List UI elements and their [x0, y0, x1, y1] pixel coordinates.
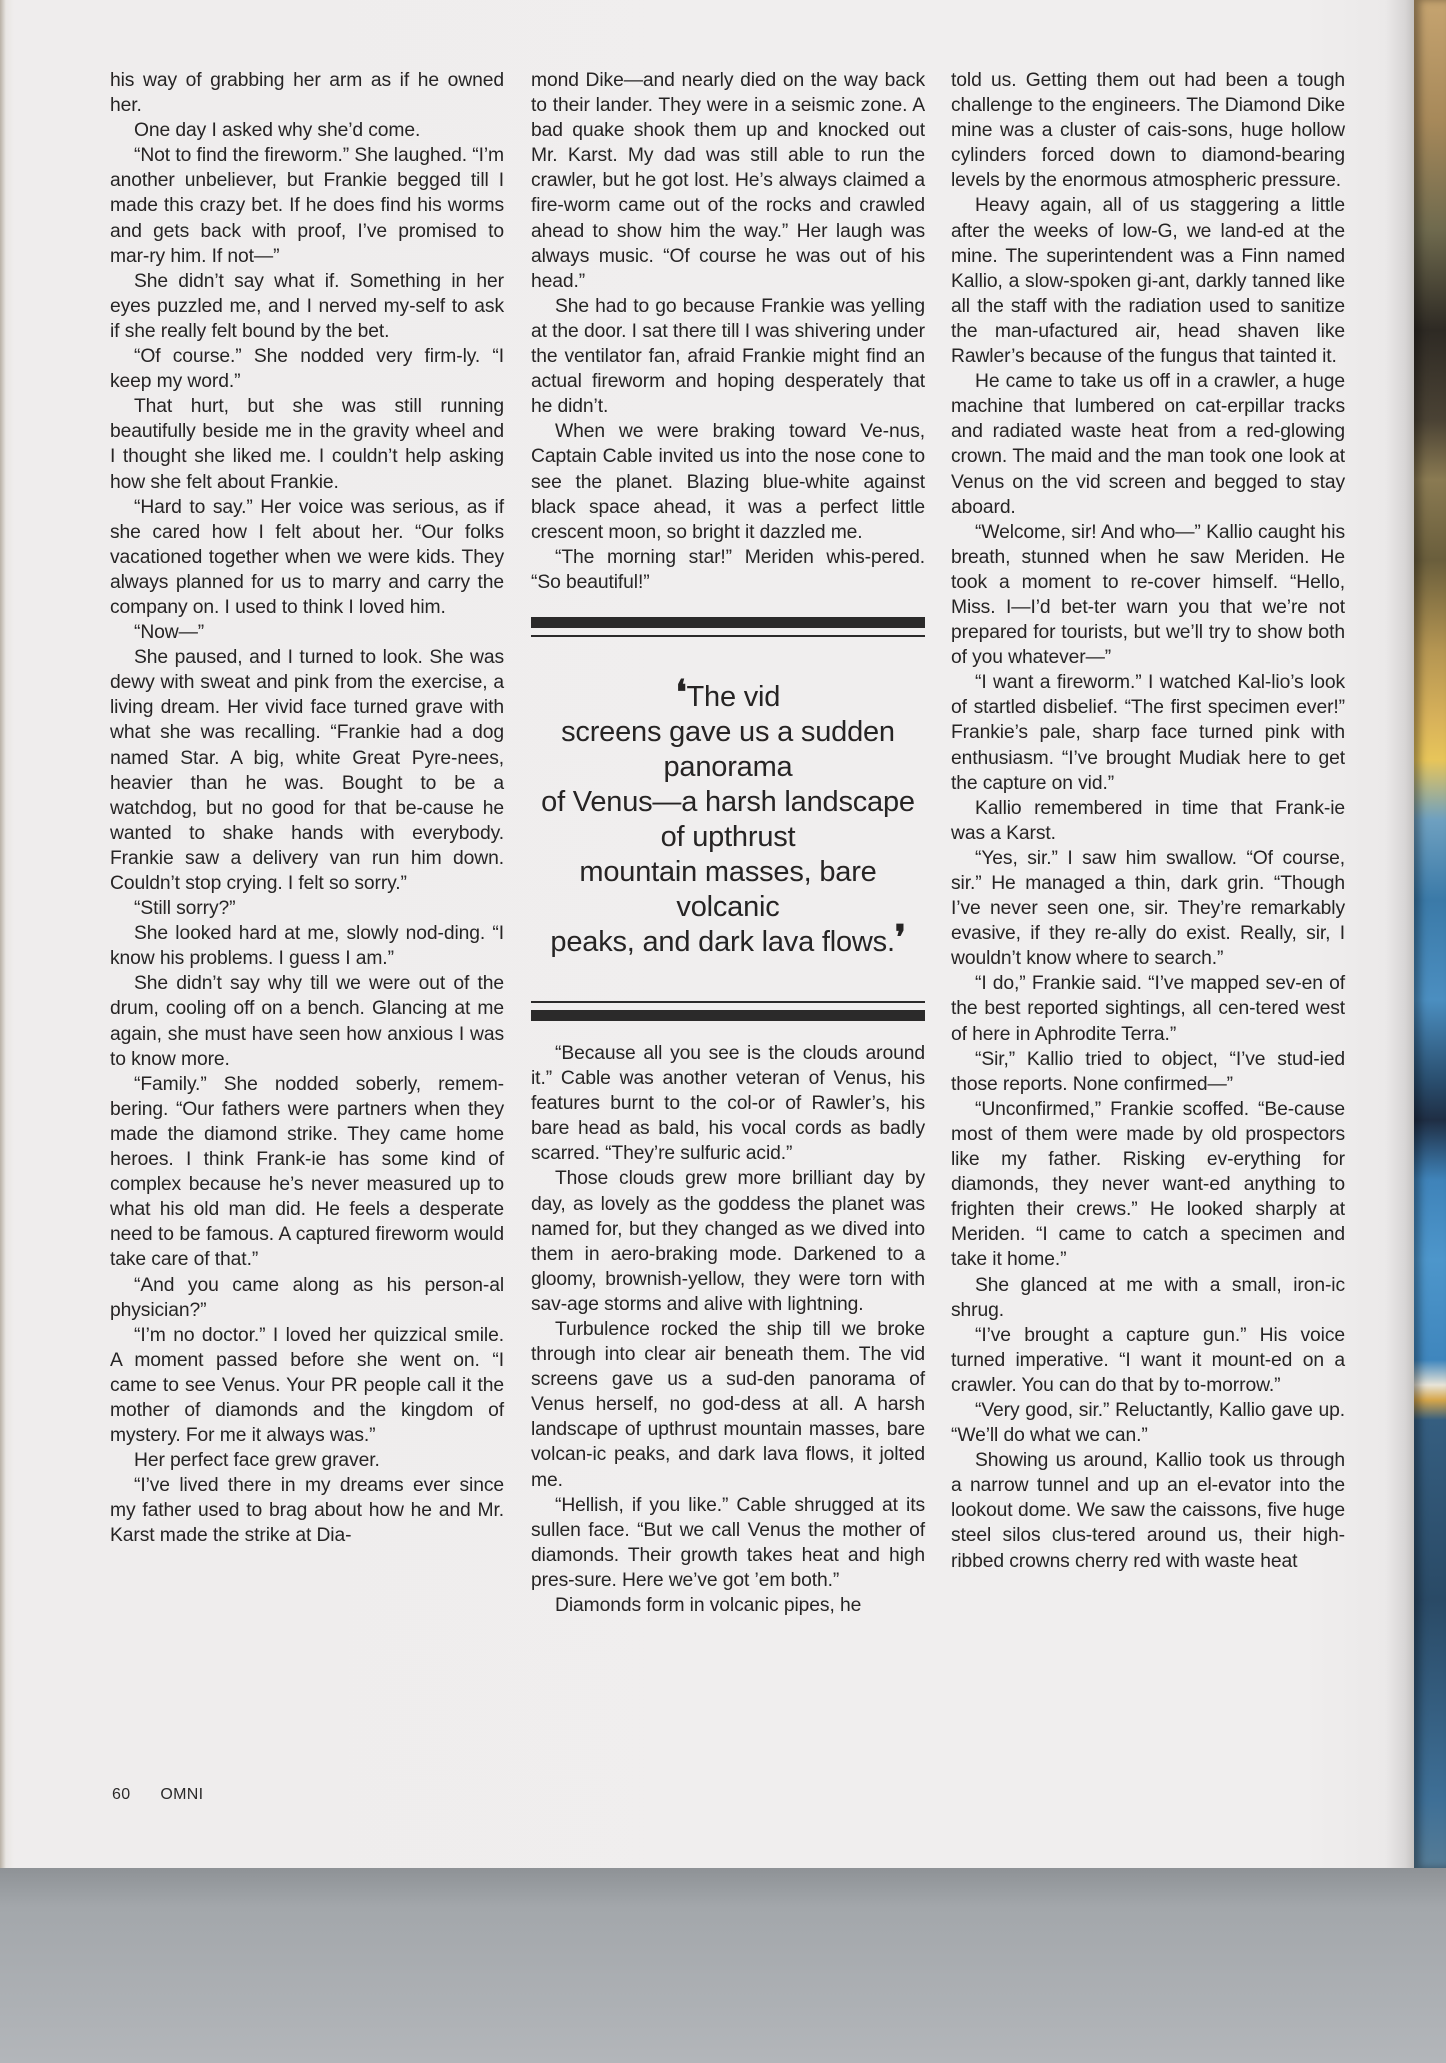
- paragraph: “And you came along as his person-al phy…: [110, 1273, 504, 1323]
- paragraph: “Because all you see is the clouds aroun…: [531, 1041, 925, 1166]
- page-number: 60: [112, 1786, 130, 1803]
- paragraph: Her perfect face grew graver.: [110, 1448, 504, 1473]
- paragraph: Heavy again, all of us staggering a litt…: [951, 193, 1345, 369]
- paragraph: “I’ve brought a capture gun.” His voice …: [951, 1323, 1345, 1398]
- paragraph: She glanced at me with a small, iron-ic …: [951, 1273, 1345, 1323]
- pull-quote-line: mountain masses, bare: [531, 855, 925, 890]
- magazine-page: his way of grabbing her arm as if he own…: [0, 0, 1420, 1868]
- paragraph: “Yes, sir.” I saw him swallow. “Of cours…: [951, 846, 1345, 971]
- paragraph: She looked hard at me, slowly nod-ding. …: [110, 921, 504, 971]
- paragraph: “I’m no doctor.” I loved her quizzical s…: [110, 1323, 504, 1448]
- paragraph: Diamonds form in volcanic pipes, he: [531, 1593, 925, 1618]
- paragraph: told us. Getting them out had been a tou…: [951, 68, 1345, 193]
- pull-quote-line: panorama: [531, 750, 925, 785]
- paragraph: mond Dike—and nearly died on the way bac…: [531, 68, 925, 294]
- pull-quote-line: of Venus—a harsh landscape: [531, 785, 925, 820]
- paragraph: “Unconfirmed,” Frankie scoffed. “Be-caus…: [951, 1097, 1345, 1273]
- paragraph: “I’ve lived there in my dreams ever sinc…: [110, 1473, 504, 1548]
- paragraph: That hurt, but she was still running bea…: [110, 394, 504, 494]
- paragraph: “I want a fireworm.” I watched Kal-lio’s…: [951, 670, 1345, 795]
- pull-quote-line: ❛The vid: [531, 680, 925, 715]
- pull-quote-rule-thick-bottom: [531, 1010, 925, 1021]
- paragraph: She didn’t say what if. Something in her…: [110, 269, 504, 344]
- paragraph: Those clouds grew more brilliant day by …: [531, 1166, 925, 1317]
- pull-quote-line: of upthrust: [531, 820, 925, 855]
- paragraph: “Still sorry?”: [110, 896, 504, 921]
- pull-quote-text: ❛The vid screens gave us a sudden panora…: [531, 644, 925, 994]
- paragraph: his way of grabbing her arm as if he own…: [110, 68, 504, 118]
- pull-quote: ❛The vid screens gave us a sudden panora…: [531, 617, 925, 1021]
- paragraph: He came to take us off in a crawler, a h…: [951, 369, 1345, 520]
- scanner-background: [0, 1868, 1446, 2063]
- column-middle: mond Dike—and nearly died on the way bac…: [531, 68, 925, 1618]
- paragraph: One day I asked why she’d come.: [110, 118, 504, 143]
- paragraph: “Of course.” She nodded very firm-ly. “I…: [110, 344, 504, 394]
- pull-quote-rule-thin-top: [531, 635, 925, 637]
- pull-quote-line: screens gave us a sudden: [531, 715, 925, 750]
- pull-quote-rule-thick-top: [531, 617, 925, 628]
- paragraph: Showing us around, Kallio took us throug…: [951, 1448, 1345, 1573]
- paragraph: “Hellish, if you like.” Cable shrugged a…: [531, 1493, 925, 1593]
- paragraph: She paused, and I turned to look. She wa…: [110, 645, 504, 896]
- column-right: told us. Getting them out had been a tou…: [951, 68, 1345, 1574]
- paragraph: “The morning star!” Meriden whis-pered. …: [531, 545, 925, 595]
- paragraph: “Not to find the fireworm.” She laughed.…: [110, 143, 504, 268]
- column-left: his way of grabbing her arm as if he own…: [110, 68, 504, 1549]
- adjacent-page-edge-image: [1414, 0, 1446, 1868]
- paragraph: “Welcome, sir! And who—” Kallio caught h…: [951, 520, 1345, 671]
- paragraph: Kallio remembered in time that Frank-ie …: [951, 796, 1345, 846]
- column-middle-continued: “Because all you see is the clouds aroun…: [531, 1041, 925, 1618]
- paragraph: “Family.” She nodded soberly, remem-beri…: [110, 1072, 504, 1273]
- paragraph: She didn’t say why till we were out of t…: [110, 971, 504, 1071]
- publication-name: OMNI: [160, 1786, 203, 1803]
- open-quote-icon: ❛: [676, 683, 687, 703]
- paragraph: She had to go because Frankie was yellin…: [531, 294, 925, 419]
- paragraph: “Very good, sir.” Reluctantly, Kallio ga…: [951, 1398, 1345, 1448]
- paragraph: “Now—”: [110, 620, 504, 645]
- paragraph: “Hard to say.” Her voice was serious, as…: [110, 495, 504, 620]
- pull-quote-rule-thin-bottom: [531, 1001, 925, 1003]
- page-folio: 60OMNI: [112, 1786, 233, 1804]
- pull-quote-line: volcanic: [531, 890, 925, 925]
- pull-quote-line: peaks, and dark lava flows.❜: [531, 925, 925, 960]
- close-quote-icon: ❜: [895, 928, 906, 948]
- paragraph: “Sir,” Kallio tried to object, “I’ve stu…: [951, 1047, 1345, 1097]
- paragraph: Turbulence rocked the ship till we broke…: [531, 1317, 925, 1493]
- paragraph: “I do,” Frankie said. “I’ve mapped sev-e…: [951, 971, 1345, 1046]
- paragraph: When we were braking toward Ve-nus, Capt…: [531, 419, 925, 544]
